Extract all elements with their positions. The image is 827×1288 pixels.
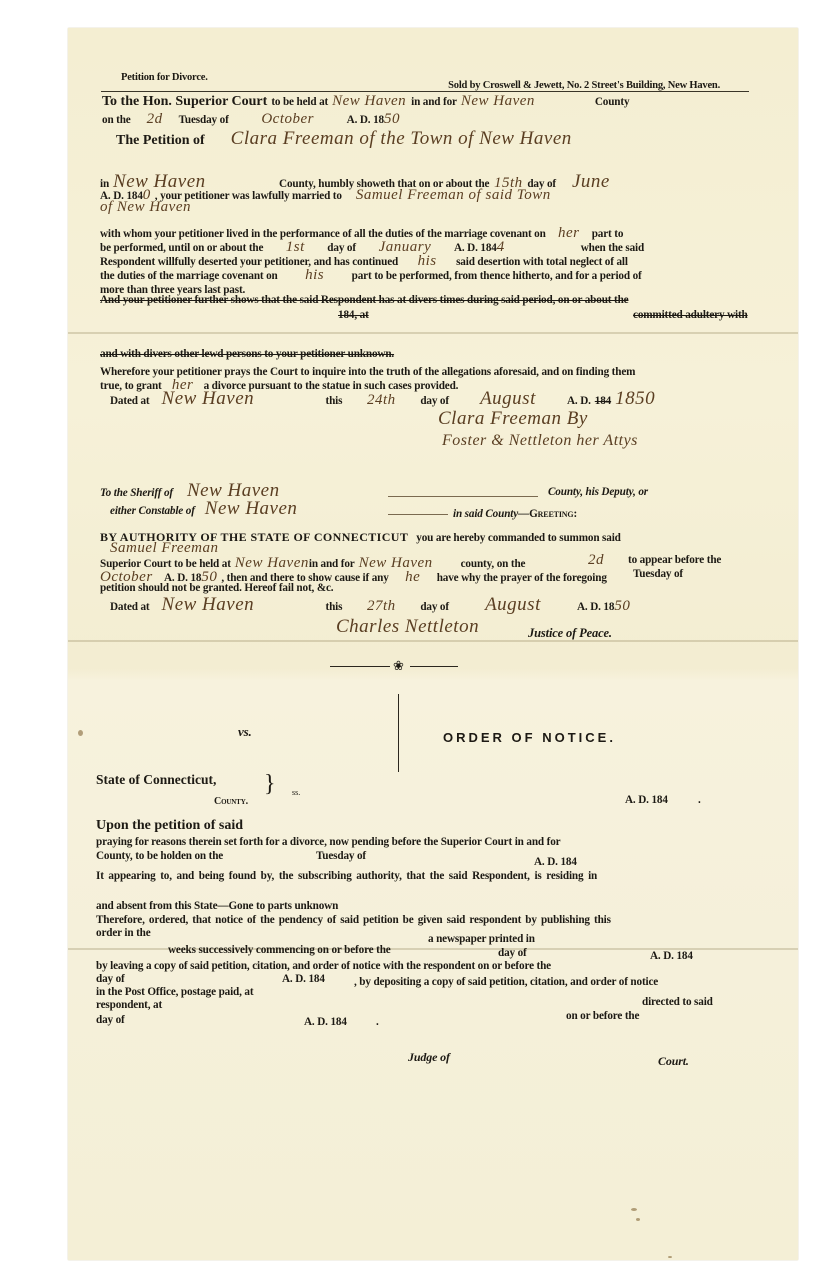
order-title: ORDER OF NOTICE.: [443, 730, 616, 745]
respondent-name: Samuel Freeman of said Town: [356, 187, 551, 203]
summons-dated-line: Dated at New Haven this 27th day of Augu…: [110, 594, 630, 616]
petitioner-signature: Clara Freeman By: [438, 408, 588, 430]
ornament-icon: ❀: [393, 658, 404, 674]
held-at-value: New Haven: [332, 93, 407, 110]
petitioner-line: The Petition of Clara Freeman of the Tow…: [116, 128, 572, 150]
paper-stain: [631, 1208, 637, 1211]
court-line: To the Hon. Superior Court to be held at…: [102, 92, 629, 110]
court-label: Court.: [658, 1054, 689, 1069]
ornament-left: [330, 666, 390, 667]
paper-stain: [668, 1256, 672, 1258]
constable-line: either Constable of New Haven: [110, 498, 435, 520]
petition-document: Petition for Divorce. Sold by Croswell &…: [68, 28, 798, 1260]
publisher-line: Sold by Croswell & Jewett, No. 2 Street'…: [448, 80, 720, 91]
paper-fold: [68, 332, 798, 334]
petition-dated-line: Dated at New Haven this 24th day of Augu…: [110, 388, 655, 410]
judge-label: Judge of: [408, 1050, 450, 1065]
struck-clause: And your petitioner further shows that t…: [100, 294, 628, 306]
session-line: on the 2d Tuesday of October A. D. 1850: [102, 110, 400, 128]
brace-icon: }: [264, 772, 276, 796]
upon-petition-heading: Upon the petition of said: [96, 818, 243, 834]
vs-label: vs.: [238, 724, 252, 740]
paper-stain: [636, 1218, 640, 1221]
paper-stain: [78, 730, 83, 736]
petitioner-name: Clara Freeman of the Town of New Haven: [231, 128, 572, 149]
court-title: To the Hon. Superior Court: [102, 94, 267, 109]
paper-fold: [68, 640, 798, 642]
bracket: [398, 694, 399, 772]
attorney-signature: Foster & Nettleton her Attys: [442, 432, 638, 450]
ornament-right: [410, 666, 458, 667]
justice-title: Justice of Peace.: [528, 626, 612, 641]
state-label: State of Connecticut,: [96, 772, 216, 788]
form-title: Petition for Divorce.: [121, 72, 208, 83]
justice-signature: Charles Nettleton: [336, 616, 479, 638]
in-and-for-value: New Haven: [461, 93, 591, 110]
